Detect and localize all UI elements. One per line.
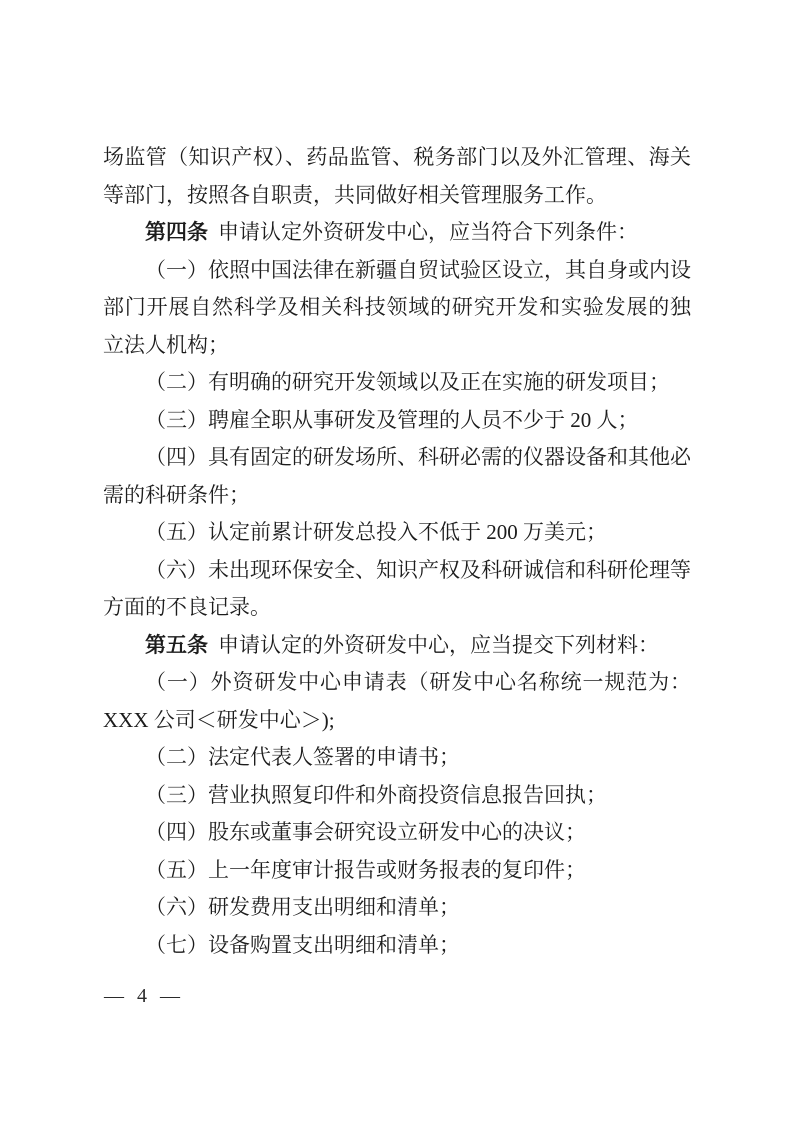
text-line: （六）研发费用支出明细和清单； <box>103 889 691 927</box>
text-run: （一）外资研发中心申请表（研发中心名称统一规范为： <box>145 670 691 694</box>
text-run: （一）依照中国法律在新疆自贸试验区设立，其自身或内设 <box>145 258 691 282</box>
text-line: （二）法定代表人签署的申请书； <box>103 739 691 777</box>
text-run: 需的科研条件； <box>103 483 250 507</box>
text-line: 场监管（知识产权）、药品监管、税务部门以及外汇管理、海关 <box>103 139 691 177</box>
text-run: （五）认定前累计研发总投入不低于 200 万美元； <box>145 520 607 544</box>
page-number: — 4 — <box>104 981 184 1011</box>
text-line: （三）营业执照复印件和外商投资信息报告回执； <box>103 777 691 815</box>
text-run: 等部门，按照各自职责，共同做好相关管理服务工作。 <box>103 183 607 207</box>
text-run: （二）有明确的研究开发领域以及正在实施的研发项目； <box>145 370 670 394</box>
text-run: （五）上一年度审计报告或财务报表的复印件； <box>145 858 586 882</box>
text-run: （三）营业执照复印件和外商投资信息报告回执； <box>145 783 607 807</box>
text-line: 第五条申请认定的外资研发中心，应当提交下列材料： <box>103 627 691 665</box>
text-run: 场监管（知识产权）、药品监管、税务部门以及外汇管理、海关 <box>103 145 691 169</box>
text-run: （七）设备购置支出明细和清单； <box>145 933 460 957</box>
document-body: 场监管（知识产权）、药品监管、税务部门以及外汇管理、海关等部门，按照各自职责，共… <box>103 139 691 964</box>
text-run: （六）研发费用支出明细和清单； <box>145 895 460 919</box>
text-line: 第四条申请认定外资研发中心，应当符合下列条件： <box>103 214 691 252</box>
article-number-heading: 第五条 <box>145 633 208 657</box>
text-line: 方面的不良记录。 <box>103 589 691 627</box>
text-run: （四）股东或董事会研究设立研发中心的决议； <box>145 820 586 844</box>
document-page: 场监管（知识产权）、药品监管、税务部门以及外汇管理、海关等部门，按照各自职责，共… <box>0 0 793 1122</box>
text-run: 申请认定外资研发中心，应当符合下列条件： <box>218 220 638 244</box>
text-run: （三）聘雇全职从事研发及管理的人员不少于 20 人； <box>145 408 639 432</box>
text-run: （四）具有固定的研发场所、科研必需的仪器设备和其他必 <box>145 445 691 469</box>
text-run: 立法人机构； <box>103 333 229 357</box>
text-line: （一）外资研发中心申请表（研发中心名称统一规范为： <box>103 664 691 702</box>
text-line: （六）未出现环保安全、知识产权及科研诚信和科研伦理等 <box>103 552 691 590</box>
article-number-heading: 第四条 <box>145 220 208 244</box>
text-line: XXX 公司＜研发中心＞); <box>103 702 691 740</box>
text-run: 方面的不良记录。 <box>103 595 271 619</box>
text-line: （七）设备购置支出明细和清单； <box>103 927 691 965</box>
text-line: 等部门，按照各自职责，共同做好相关管理服务工作。 <box>103 177 691 215</box>
text-run: （六）未出现环保安全、知识产权及科研诚信和科研伦理等 <box>145 558 691 582</box>
text-line: （四）股东或董事会研究设立研发中心的决议； <box>103 814 691 852</box>
text-line: （一）依照中国法律在新疆自贸试验区设立，其自身或内设 <box>103 252 691 290</box>
text-line: （五）上一年度审计报告或财务报表的复印件； <box>103 852 691 890</box>
text-run: （二）法定代表人签署的申请书； <box>145 745 460 769</box>
text-line: （五）认定前累计研发总投入不低于 200 万美元； <box>103 514 691 552</box>
text-run: 申请认定的外资研发中心，应当提交下列材料： <box>218 633 659 657</box>
text-run: XXX 公司＜研发中心＞); <box>103 708 335 732</box>
text-line: （二）有明确的研究开发领域以及正在实施的研发项目； <box>103 364 691 402</box>
text-line: （四）具有固定的研发场所、科研必需的仪器设备和其他必 <box>103 439 691 477</box>
text-line: 立法人机构； <box>103 327 691 365</box>
text-line: 部门开展自然科学及相关科技领域的研究开发和实验发展的独 <box>103 289 691 327</box>
text-line: 需的科研条件； <box>103 477 691 515</box>
text-line: （三）聘雇全职从事研发及管理的人员不少于 20 人； <box>103 402 691 440</box>
text-run: 部门开展自然科学及相关科技领域的研究开发和实验发展的独 <box>103 295 691 319</box>
